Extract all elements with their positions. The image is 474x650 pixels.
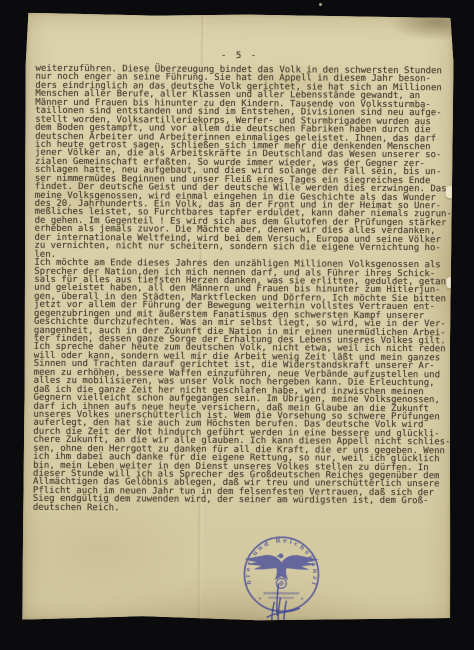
stamp-star-right-icon: ✶ <box>300 596 304 602</box>
body-text: weiterzuführen. Diese Überzeugung bindet… <box>33 65 452 515</box>
document-page: - 5 - weiterzuführen. Diese Überzeugung … <box>22 13 454 623</box>
page-number: - 5 - <box>26 50 454 63</box>
stamp-smudge-line <box>263 592 299 595</box>
eagle-emblem-icon <box>244 553 318 580</box>
stamp-graphic: Führer und Reichskanzler ✶ ✶ <box>231 522 332 622</box>
stamp-star-left-icon: ✶ <box>258 596 262 602</box>
paper-tear <box>445 186 454 199</box>
handwritten-signature <box>267 584 299 622</box>
scan-background: - 5 - weiterzuführen. Diese Überzeugung … <box>0 0 474 650</box>
official-stamp: Führer und Reichskanzler ✶ ✶ <box>231 522 332 622</box>
stamp-smudge-line <box>268 597 294 599</box>
stamp-ink-group: Führer und Reichskanzler ✶ ✶ <box>231 522 319 612</box>
wreath-center-smudge <box>278 580 285 587</box>
paper-tear <box>446 277 454 288</box>
dust-speck <box>319 3 322 6</box>
